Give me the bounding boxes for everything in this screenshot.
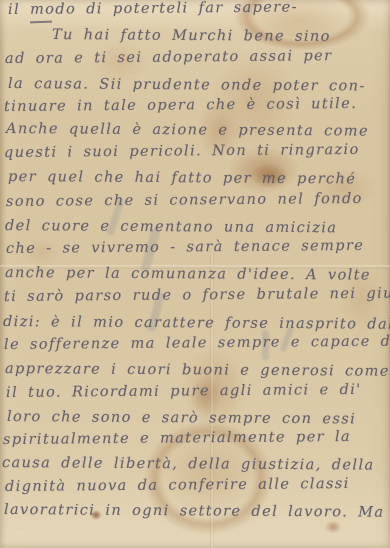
handwritten-line: dizi: è il mio carattere forse inasprito… [3, 314, 390, 333]
handwritten-line: causa delle libertà, della giustizia, de… [2, 455, 375, 474]
handwritten-line: il modo di poterteli far sapere- [8, 0, 298, 18]
handwritten-line: sono cose che si conservano nel fondo [6, 191, 363, 210]
handwritten-line: per quel che hai fatto per me perché [8, 169, 356, 187]
handwritten-line: questi i suoi pericoli. Non ti ringrazio [4, 142, 360, 161]
handwritten-line: ad ora e ti sei adoperato assai per [5, 48, 333, 67]
handwritten-line: spiritualmente e materialmente per la [3, 429, 351, 448]
handwritten-line: anche per la comunanza d'idee. A volte [5, 265, 371, 284]
handwritten-line: Anche quella è azione e presenta come [6, 121, 369, 140]
handwritten-line: le sofferenze ma leale sempre e capace d… [4, 334, 390, 353]
handwritten-line: apprezzare i cuori buoni e generosi come [5, 361, 390, 380]
handwritten-line: la causa. Sii prudente onde poter con- [8, 76, 366, 94]
handwritten-line: loro che sono e sarò sempre con essi [7, 409, 356, 427]
underline-stroke [30, 21, 52, 24]
handwritten-line: del cuore e cementano una amicizia [5, 218, 337, 236]
handwritten-line: il tuo. Ricordami pure agli amici e di' [6, 382, 362, 401]
handwritten-line: Tu hai fatto Murchi bene sino [52, 27, 331, 45]
letter-page: il modo di poterteli far sapere- Tu hai … [0, 0, 390, 548]
handwritten-line: lavoratrici in ogni settore del lavoro. … [4, 502, 385, 521]
handwritten-line: tinuare in tale opera che è così utile. [4, 96, 357, 115]
handwritten-line: dignità nuova da conferire alle classi [5, 476, 350, 495]
handwritten-line: ti sarò parso rude o forse brutale nei g… [4, 286, 390, 305]
handwritten-line: che - se vivremo - sarà tenace sempre [6, 238, 364, 257]
